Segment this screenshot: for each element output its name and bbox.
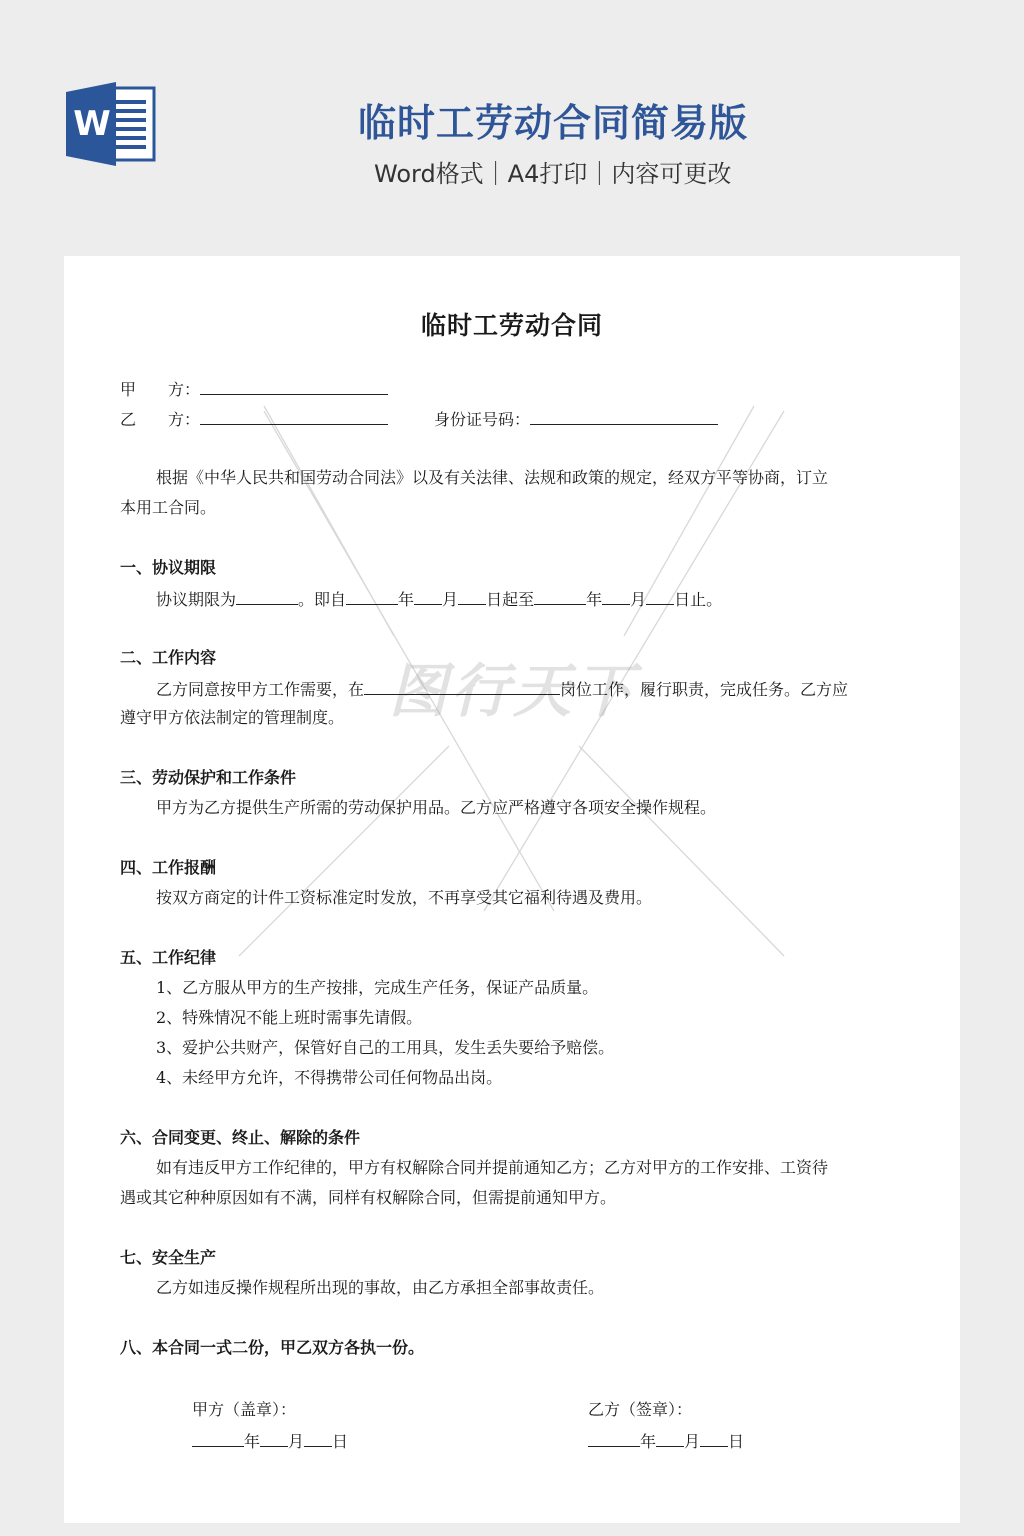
party-a-label: 甲 方：: [120, 380, 200, 399]
preamble-line-1: 根据《中华人民共和国劳动合同法》以及有关法律、法规和政策的规定，经双方平等协商，…: [156, 468, 828, 488]
start-year-field[interactable]: [346, 588, 398, 605]
party-b-field[interactable]: [200, 408, 388, 425]
banner-subtitle: Word格式｜A4打印｜内容可更改: [374, 154, 731, 189]
section-1-text: 协议期限为。即自年月日起至年月日止。: [156, 588, 722, 610]
text-fragment: 乙方同意按甲方工作需要，在: [156, 680, 364, 699]
id-number-field[interactable]: [530, 408, 718, 425]
banner-title: 临时工劳动合同简易版: [358, 92, 748, 147]
text-fragment: 年: [398, 590, 414, 609]
party-a-date: 年月日: [192, 1430, 348, 1452]
section-6-line-1: 如有违反甲方工作纪律的，甲方有权解除合同并提前通知乙方；乙方对甲方的工作安排、工…: [156, 1158, 828, 1178]
section-2-line-2: 遵守甲方依法制定的管理制度。: [120, 708, 344, 728]
text-fragment: 日: [728, 1432, 744, 1451]
list-item: 4、未经甲方允许，不得携带公司任何物品出岗。: [156, 1068, 502, 1088]
end-year-field[interactable]: [534, 588, 586, 605]
party-a-row: 甲 方：: [120, 378, 388, 400]
end-day-field[interactable]: [646, 588, 674, 605]
text-fragment: 。即自: [298, 590, 346, 609]
party-b-date: 年月日: [588, 1430, 744, 1452]
list-item: 2、特殊情况不能上班时需事先请假。: [156, 1008, 422, 1028]
party-b-month-field[interactable]: [656, 1430, 684, 1447]
section-7-text: 乙方如违反操作规程所出现的事故，由乙方承担全部事故责任。: [156, 1278, 604, 1298]
list-item: 3、爱护公共财产，保管好自己的工用具，发生丢失要给予赔偿。: [156, 1038, 614, 1058]
term-field[interactable]: [236, 588, 298, 605]
text-fragment: 月: [442, 590, 458, 609]
party-b-label: 乙 方：: [120, 410, 200, 429]
party-a-month-field[interactable]: [260, 1430, 288, 1447]
section-2-line-1: 乙方同意按甲方工作需要，在岗位工作，履行职责，完成任务。乙方应: [156, 678, 848, 700]
section-2-heading: 二、工作内容: [120, 648, 216, 668]
section-3-text: 甲方为乙方提供生产所需的劳动保护用品。乙方应严格遵守各项安全操作规程。: [156, 798, 716, 818]
party-b-day-field[interactable]: [700, 1430, 728, 1447]
text-fragment: 年: [640, 1432, 656, 1451]
text-fragment: 月: [630, 590, 646, 609]
text-fragment: 岗位工作，履行职责，完成任务。乙方应: [560, 680, 848, 699]
section-5-heading: 五、工作纪律: [120, 948, 216, 968]
position-field[interactable]: [364, 678, 560, 695]
party-a-day-field[interactable]: [304, 1430, 332, 1447]
text-fragment: 年: [244, 1432, 260, 1451]
end-month-field[interactable]: [602, 588, 630, 605]
text-fragment: 月: [684, 1432, 700, 1451]
party-a-seal-label: 甲方（盖章）：: [192, 1400, 296, 1420]
section-6-heading: 六、合同变更、终止、解除的条件: [120, 1128, 360, 1148]
section-4-text: 按双方商定的计件工资标准定时发放，不再享受其它福利待遇及费用。: [156, 888, 652, 908]
id-number-row: 身份证号码：: [434, 408, 718, 430]
section-1-heading: 一、协议期限: [120, 558, 216, 578]
preamble-line-2: 本用工合同。: [120, 498, 216, 518]
id-number-label: 身份证号码：: [434, 410, 530, 429]
section-8-heading: 八、本合同一式二份，甲乙双方各执一份。: [120, 1338, 424, 1358]
party-b-sign-label: 乙方（签章）：: [588, 1400, 692, 1420]
text-fragment: 日起至: [486, 590, 534, 609]
word-icon: W: [66, 82, 156, 166]
section-3-heading: 三、劳动保护和工作条件: [120, 768, 296, 788]
party-b-row: 乙 方：: [120, 408, 388, 430]
start-day-field[interactable]: [458, 588, 486, 605]
document-title: 临时工劳动合同: [64, 306, 960, 342]
section-4-heading: 四、工作报酬: [120, 858, 216, 878]
text-fragment: 月: [288, 1432, 304, 1451]
text-fragment: 日: [332, 1432, 348, 1451]
list-item: 1、乙方服从甲方的生产按排，完成生产任务，保证产品质量。: [156, 978, 598, 998]
text-fragment: 年: [586, 590, 602, 609]
section-6-line-2: 遇或其它种种原因如有不满，同样有权解除合同，但需提前通知甲方。: [120, 1188, 616, 1208]
party-a-year-field[interactable]: [192, 1430, 244, 1447]
text-fragment: 协议期限为: [156, 590, 236, 609]
word-icon-letter: W: [72, 104, 112, 144]
party-b-year-field[interactable]: [588, 1430, 640, 1447]
start-month-field[interactable]: [414, 588, 442, 605]
section-7-heading: 七、安全生产: [120, 1248, 216, 1268]
text-fragment: 日止。: [674, 590, 722, 609]
party-a-field[interactable]: [200, 378, 388, 395]
document-page: 图行天下 临时工劳动合同 甲 方： 乙 方： 身份证号码： 根据《中华人民共和国…: [64, 256, 960, 1523]
